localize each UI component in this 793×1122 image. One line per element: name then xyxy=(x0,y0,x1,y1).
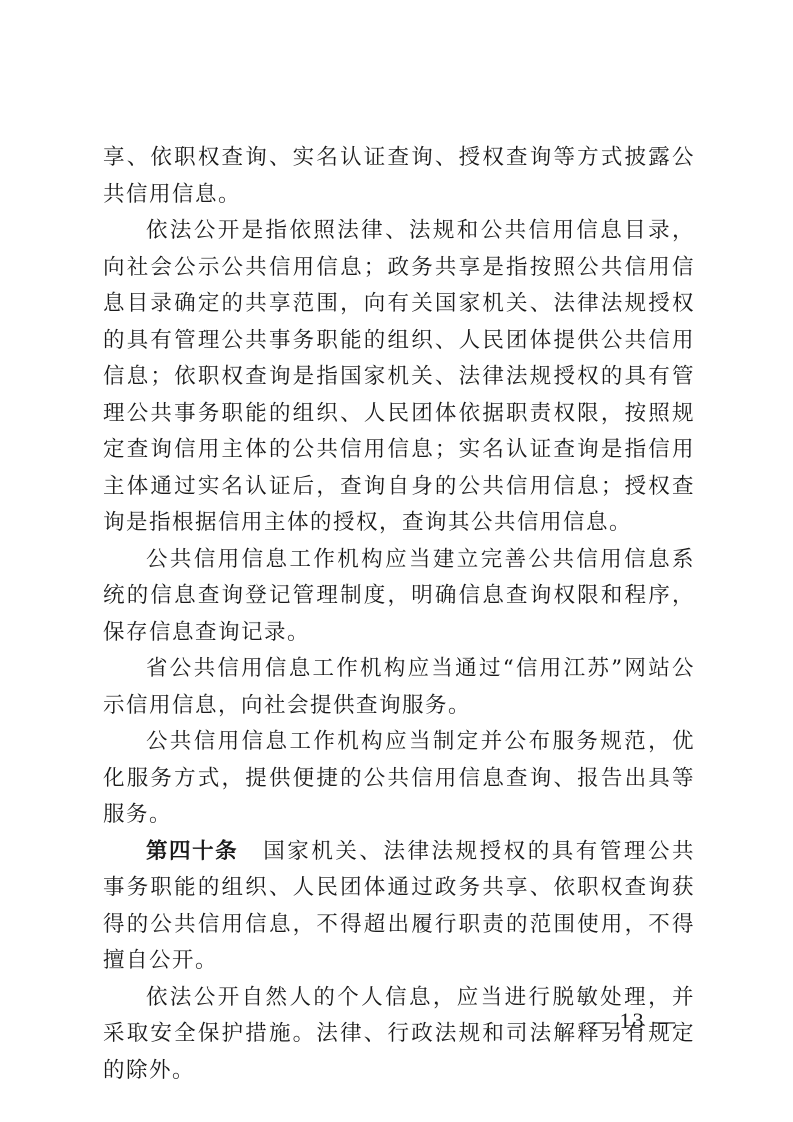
paragraph-service-standards: 公共信用信息工作机构应当制定并公布服务规范，优化服务方式，提供便捷的公共信用信息… xyxy=(103,724,695,834)
paragraph-personal-info-desensitization: 依法公开自然人的个人信息，应当进行脱敏处理，并采取安全保护措施。法律、行政法规和… xyxy=(103,980,695,1090)
article-number-label: 第四十条 xyxy=(146,839,238,864)
paragraph-disclosure-definitions: 依法公开是指依照法律、法规和公共信用信息目录，向社会公示公共信用信息；政务共享是… xyxy=(103,213,695,542)
document-body: 享、依职权查询、实名认证查询、授权查询等方式披露公共信用信息。 依法公开是指依照… xyxy=(103,140,695,1089)
paragraph-query-registration: 公共信用信息工作机构应当建立完善公共信用信息系统的信息查询登记管理制度，明确信息… xyxy=(103,542,695,652)
paragraph-credit-jiangsu-website: 省公共信用信息工作机构应当通过“信用江苏”网站公示信用信息，向社会提供查询服务。 xyxy=(103,651,695,724)
page-number: — 13 — xyxy=(588,1008,677,1034)
document-page: 享、依职权查询、实名认证查询、授权查询等方式披露公共信用信息。 依法公开是指依照… xyxy=(0,0,793,1122)
paragraph-continuation: 享、依职权查询、实名认证查询、授权查询等方式披露公共信用信息。 xyxy=(103,140,695,213)
paragraph-article-40: 第四十条国家机关、法律法规授权的具有管理公共事务职能的组织、人民团体通过政务共享… xyxy=(103,834,695,980)
